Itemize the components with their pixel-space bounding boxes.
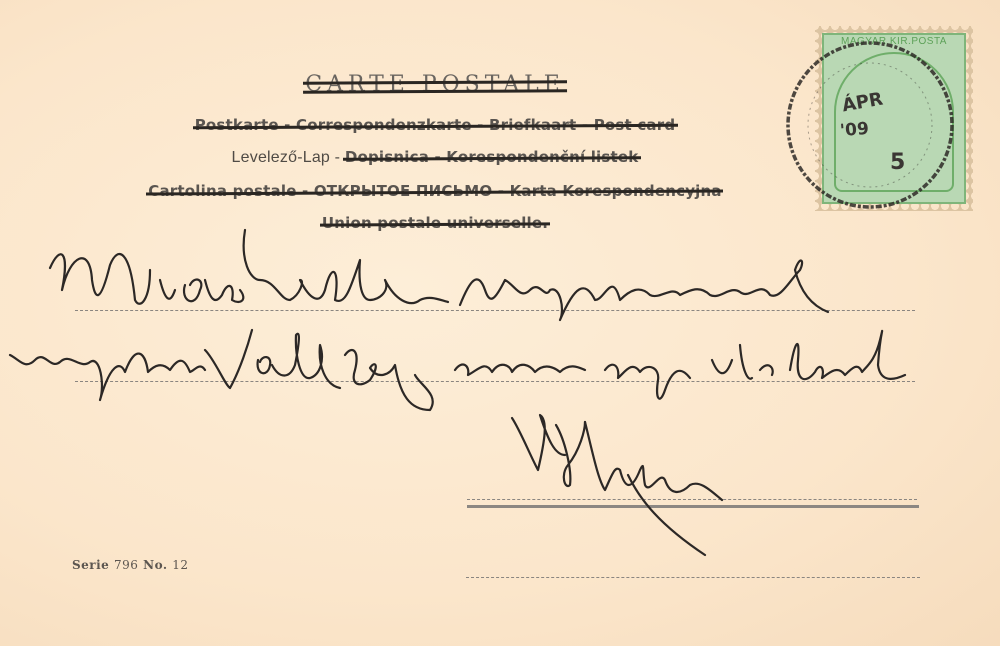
handwriting-line-2	[10, 330, 905, 410]
handwriting-line-1	[50, 230, 828, 320]
postmark-hour: 5	[890, 150, 905, 175]
handwriting-signature	[512, 415, 722, 555]
postmark-cancellation	[770, 30, 970, 220]
series-number: Serie 796 No. 12	[72, 558, 189, 572]
postcard-back: CARTE POSTALE Postkarte - Correspondenzk…	[0, 0, 1000, 646]
postmark-year: '09	[839, 119, 870, 141]
